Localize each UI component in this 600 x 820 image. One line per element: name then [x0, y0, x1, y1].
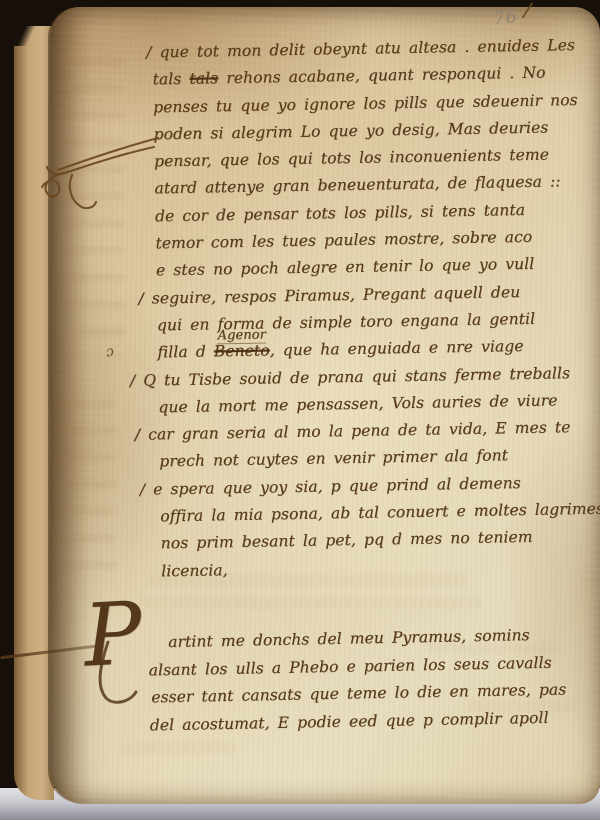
struck-word: Beneto	[214, 342, 270, 361]
correction: AgenorBeneto	[214, 342, 270, 361]
initial-tail-stroke	[86, 640, 146, 710]
line-text: tals	[152, 70, 189, 89]
folio-number: 76	[493, 7, 518, 29]
manuscript-photo: 76 / ɔ / que tot mon delit obeynt atu al…	[0, 0, 600, 820]
binding-notch	[12, 0, 38, 46]
paragraph-2: artint me donchs del meu Pyramus, somins…	[120, 625, 592, 744]
struck-word: tals	[189, 70, 218, 88]
line-text: filla d	[157, 343, 214, 362]
paragraph-1: / que tot mon delit obeynt atu altesa . …	[120, 36, 599, 590]
line-text: , que ha enguiada e nre viage	[270, 337, 524, 359]
manicule-icon	[36, 122, 164, 220]
